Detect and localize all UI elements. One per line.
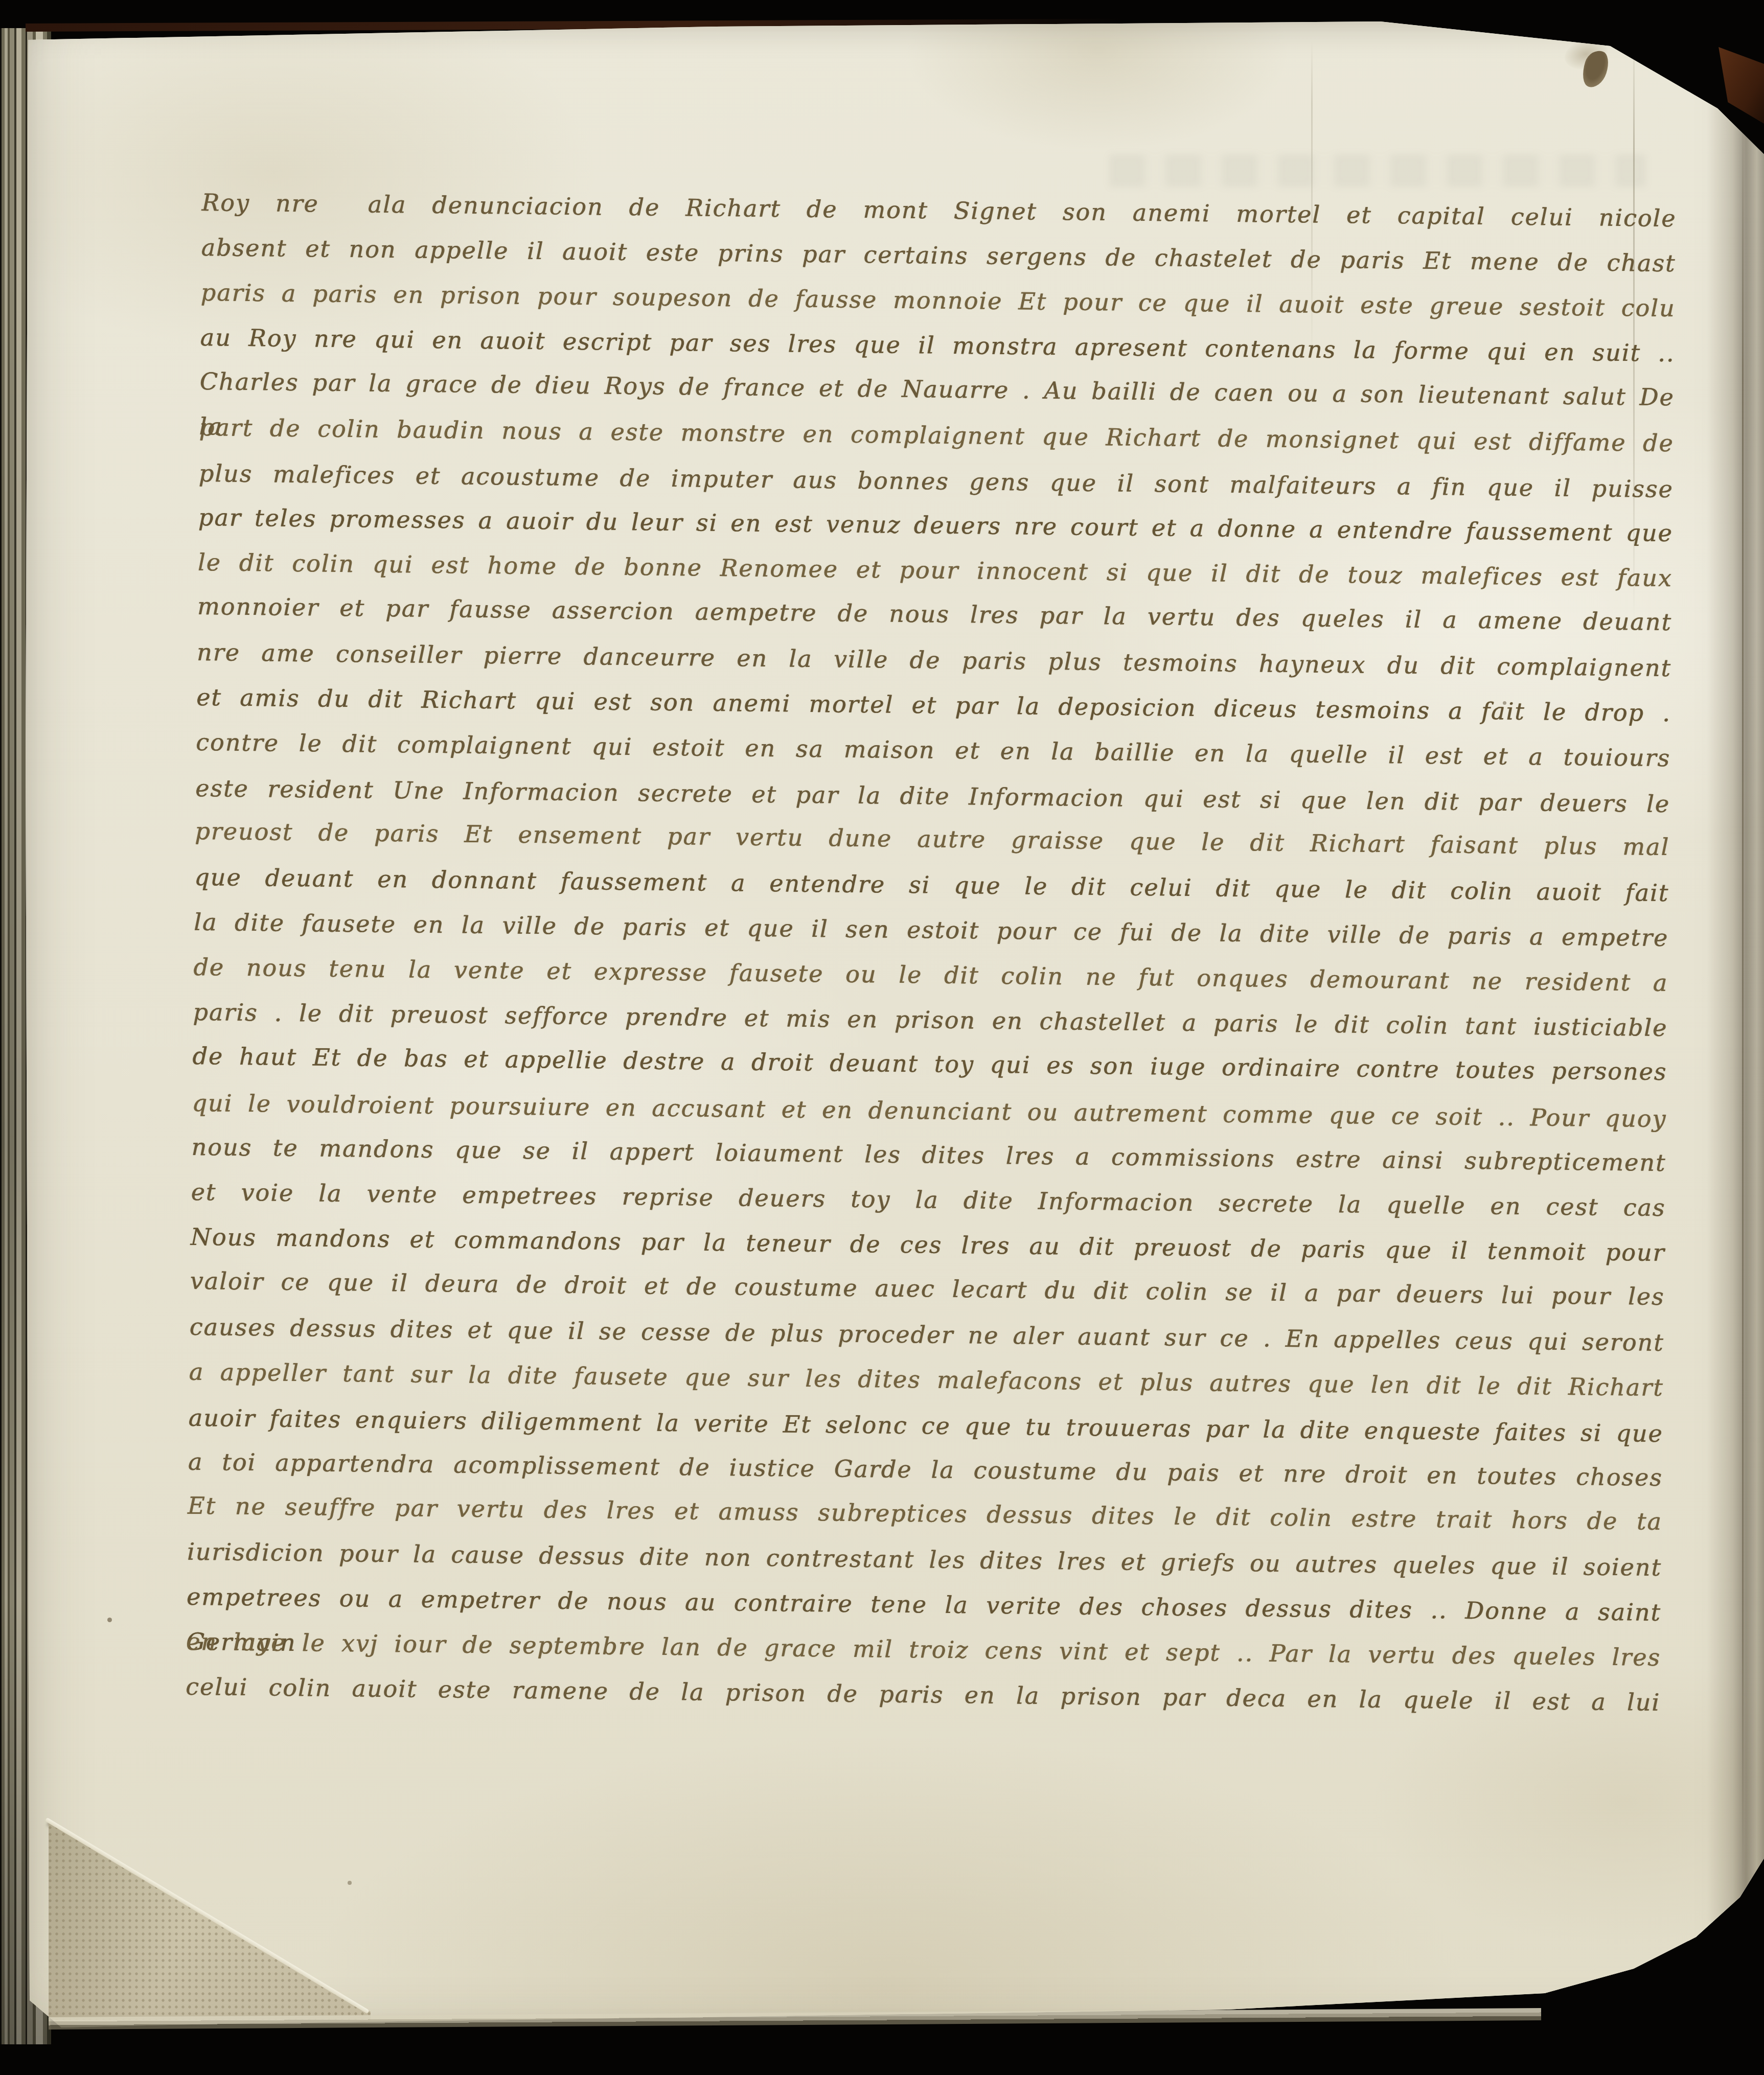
- page-right-fold-shadow: [1707, 102, 1764, 1922]
- page-right-fold-line: [1742, 112, 1744, 1891]
- manuscript-text: Roy nre ala denunciacion de Richart de m…: [186, 180, 1677, 1725]
- ink-speck: [107, 1618, 112, 1622]
- book-photograph: Roy nre ala denunciacion de Richart de m…: [0, 0, 1764, 2075]
- parchment-page: Roy nre ala denunciacion de Richart de m…: [10, 10, 1764, 2047]
- ink-speck: [348, 1881, 352, 1885]
- verso-bleedthrough: [1109, 154, 1646, 187]
